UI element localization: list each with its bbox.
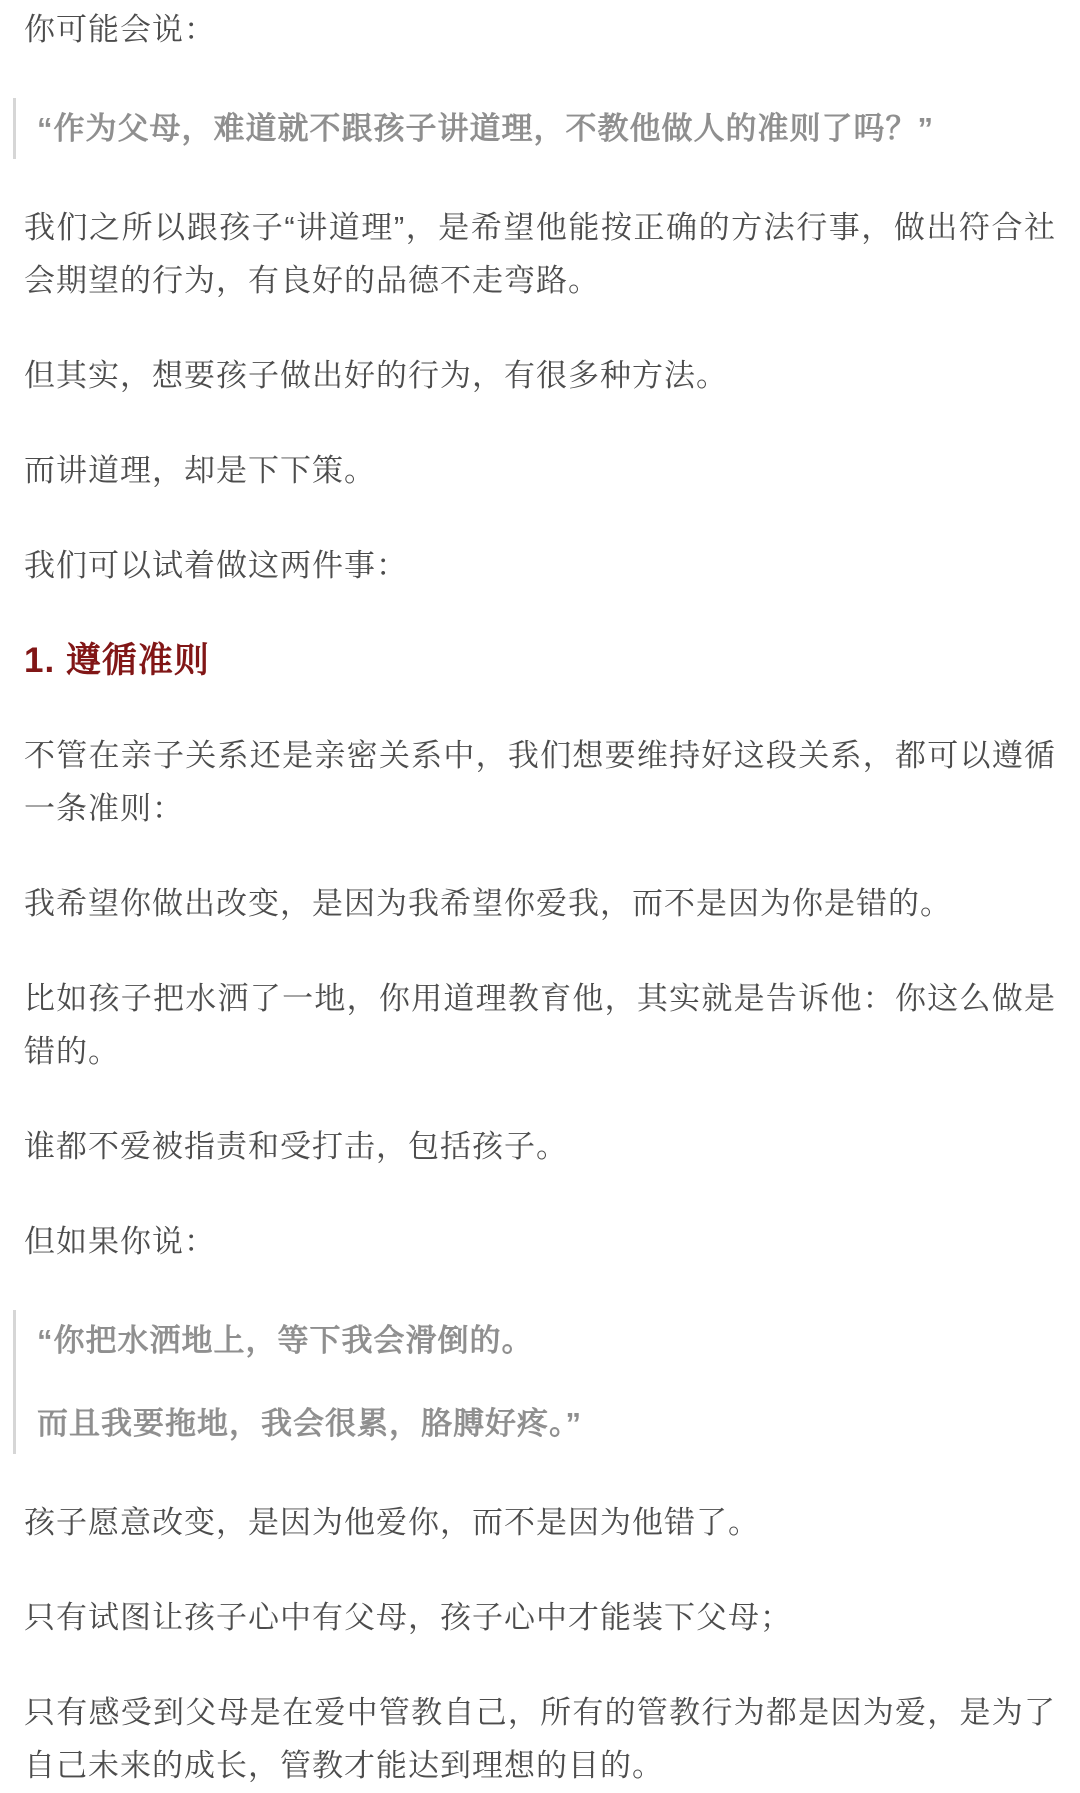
quote-paragraph: 而且我要拖地，我会很累，胳膊好疼。” [37, 1397, 1046, 1450]
paragraph: 比如孩子把水洒了一地，你用道理教育他，其实就是告诉他：你这么做是错的。 [24, 972, 1056, 1078]
paragraph: 我们之所以跟孩子“讲道理”，是希望他能按正确的方法行事，做出符合社会期望的行为，… [24, 201, 1056, 307]
article-body: 你可能会说： “作为父母，难道就不跟孩子讲道理，不教他做人的准则了吗？” 我们之… [0, 0, 1080, 1792]
reader-objection-quote: “作为父母，难道就不跟孩子讲道理，不教他做人的准则了吗？” [13, 98, 1056, 159]
quote-paragraph: “你把水洒地上，等下我会滑倒的。 [37, 1314, 1046, 1367]
paragraph: 你可能会说： [24, 3, 1056, 56]
paragraph: 但如果你说： [24, 1215, 1056, 1268]
quote-paragraph: “作为父母，难道就不跟孩子讲道理，不教他做人的准则了吗？” [37, 102, 1046, 155]
paragraph: 而讲道理，却是下下策。 [24, 444, 1056, 497]
example-speech-quote: “你把水洒地上，等下我会滑倒的。 而且我要拖地，我会很累，胳膊好疼。” [13, 1310, 1056, 1454]
paragraph: 我希望你做出改变，是因为我希望你爱我，而不是因为你是错的。 [24, 877, 1056, 930]
paragraph: 孩子愿意改变，是因为他爱你，而不是因为他错了。 [24, 1496, 1056, 1549]
paragraph: 我们可以试着做这两件事： [24, 539, 1056, 592]
paragraph: 但其实，想要孩子做出好的行为，有很多种方法。 [24, 349, 1056, 402]
paragraph: 谁都不爱被指责和受打击，包括孩子。 [24, 1120, 1056, 1173]
paragraph: 只有试图让孩子心中有父母，孩子心中才能装下父母； [24, 1591, 1056, 1644]
paragraph: 只有感受到父母是在爱中管教自己，所有的管教行为都是因为爱，是为了自己未来的成长，… [24, 1686, 1056, 1792]
section-heading-1: 1. 遵循准则 [24, 634, 1056, 687]
paragraph: 不管在亲子关系还是亲密关系中，我们想要维持好这段关系，都可以遵循一条准则： [24, 729, 1056, 835]
